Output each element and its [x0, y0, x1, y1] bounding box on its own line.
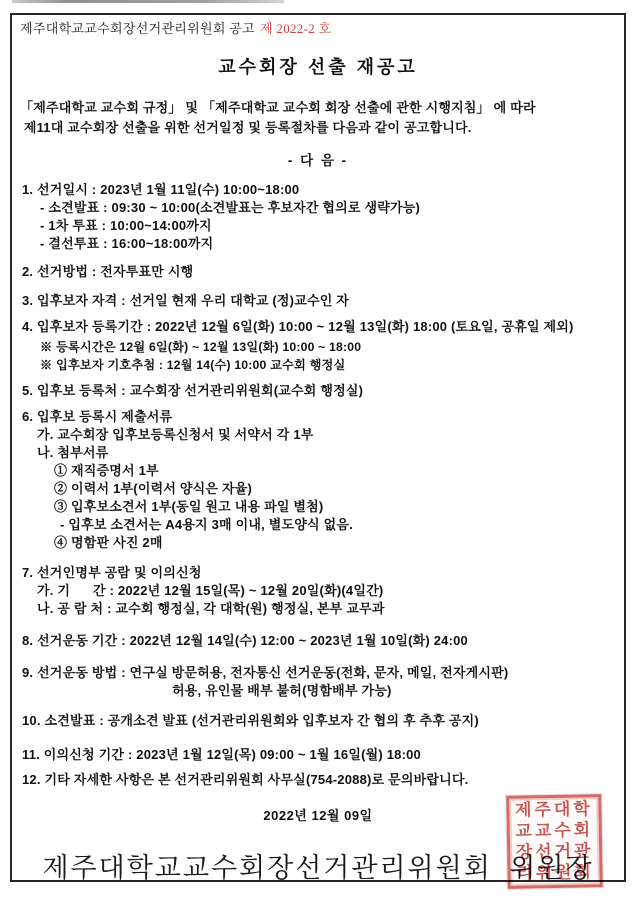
attach-3-format-note: - 입후보 소견서는 A4용지 3매 이내, 별도양식 없음.	[20, 516, 616, 534]
intro-line-1: 「제주대학교 교수회 규정」 및 「제주대학교 교수회 회장 선출에 관한 시행…	[20, 98, 616, 118]
document-header: 제주대학교교수회장선거관리위원회 공고제 2022-2 호	[20, 21, 616, 37]
sub-6b-attachments: 나. 첨부서류	[20, 444, 616, 462]
attach-1-employment-certificate: ① 재직증명서 1부	[20, 462, 616, 480]
item-8-campaign-period: 8. 선거운동 기간 : 2022년 12월 14일(수) 12:00 ~ 20…	[20, 632, 616, 650]
item-12-contact-info: 12. 기타 자세한 사항은 본 선거관리위원회 사무실(754-2088)로 …	[20, 771, 616, 789]
sub-6a-application-form: 가. 교수회장 입후보등록신청서 및 서약서 각 1부	[20, 426, 616, 444]
seal-text-row: 리위원회	[512, 862, 597, 883]
item-6-submission-documents: 6. 입후보 등록시 제출서류	[20, 408, 616, 426]
official-seal-stamp: 제주대학 교교수회 장선거관 리위원회	[506, 794, 603, 889]
sub-7a-period: 가. 기 간 : 2022년 12월 15일(목) ~ 12월 20일(화)(4…	[20, 582, 616, 600]
item-2-election-method: 2. 선거방법 : 전자투표만 시행	[20, 263, 616, 281]
seal-text-row: 장선거관	[512, 841, 597, 862]
sub-first-vote-time: - 1차 투표 : 10:00~14:00까지	[20, 217, 616, 235]
daeum-divider: - 다 음 -	[20, 149, 616, 169]
item-7-voter-list-inspection: 7. 선거인명부 공람 및 이의신청	[20, 564, 616, 582]
item-5-registration-office: 5. 입후보 등록처 : 교수회장 선거관리위원회(교수회 행정실)	[20, 382, 616, 400]
scan-artifact	[12, 0, 284, 3]
notice-number: 제 2022-2 호	[260, 21, 331, 36]
seal-text-row: 교교수회	[512, 820, 597, 841]
attach-4-photo: ④ 명함판 사진 2매	[20, 534, 616, 552]
item-11-objection-period: 11. 이의신청 기간 : 2023년 1월 12일(목) 09:00 ~ 1월…	[20, 746, 616, 764]
seal-text-row: 제주대학	[511, 800, 596, 821]
item-3-candidate-eligibility: 3. 입후보자 자격 : 선거일 현재 우리 대학교 (정)교수인 자	[20, 292, 616, 310]
issuer-and-notice-label: 제주대학교교수회장선거관리위원회 공고	[20, 21, 255, 36]
sub-opinion-presentation-time: - 소견발표 : 09:30 ~ 10:00(소견발표는 후보자간 협의로 생략…	[20, 199, 616, 217]
document-title: 교수회장 선출 재공고	[20, 53, 616, 79]
attach-3-opinion-statement: ③ 입후보소견서 1부(동일 원고 내용 파일 별첨)	[20, 498, 616, 516]
document-page: 제주대학교교수회장선거관리위원회 공고제 2022-2 호 교수회장 선출 재공…	[10, 13, 626, 882]
note-registration-hours: ※ 등록시간은 12월 6일(화) ~ 12월 13일(화) 10:00 ~ 1…	[20, 338, 616, 356]
note-candidate-number-draw: ※ 입후보자 기호추첨 : 12월 14(수) 10:00 교수회 행정실	[20, 356, 616, 374]
item-9-campaign-method-cont: 허용, 유인물 배부 불허(명함배부 가능)	[20, 682, 616, 700]
item-10-opinion-presentation: 10. 소견발표 : 공개소견 발표 (선거관리위원회와 입후보자 간 협의 후…	[20, 712, 616, 730]
item-9-campaign-method: 9. 선거운동 방법 : 연구실 방문허용, 전자통신 선거운동(전화, 문자,…	[20, 664, 616, 682]
item-4-registration-period: 4. 입후보자 등록기간 : 2022년 12월 6일(화) 10:00 ~ 1…	[20, 318, 616, 336]
item-1-election-datetime: 1. 선거일시 : 2023년 1월 11일(수) 10:00~18:00	[20, 181, 616, 199]
attach-2-resume: ② 이력서 1부(이력서 양식은 자율)	[20, 480, 616, 498]
intro-line-2: 제11대 교수회장 선출을 위한 선거일정 및 등록절차를 다음과 같이 공고합…	[20, 118, 616, 138]
sub-runoff-vote-time: - 결선투표 : 16:00~18:00까지	[20, 235, 616, 253]
intro-paragraph: 「제주대학교 교수회 규정」 및 「제주대학교 교수회 회장 선출에 관한 시행…	[20, 98, 616, 138]
sub-7b-inspection-places: 나. 공 람 처 : 교수회 행정실, 각 대학(원) 행정실, 본부 교무과	[20, 600, 616, 618]
